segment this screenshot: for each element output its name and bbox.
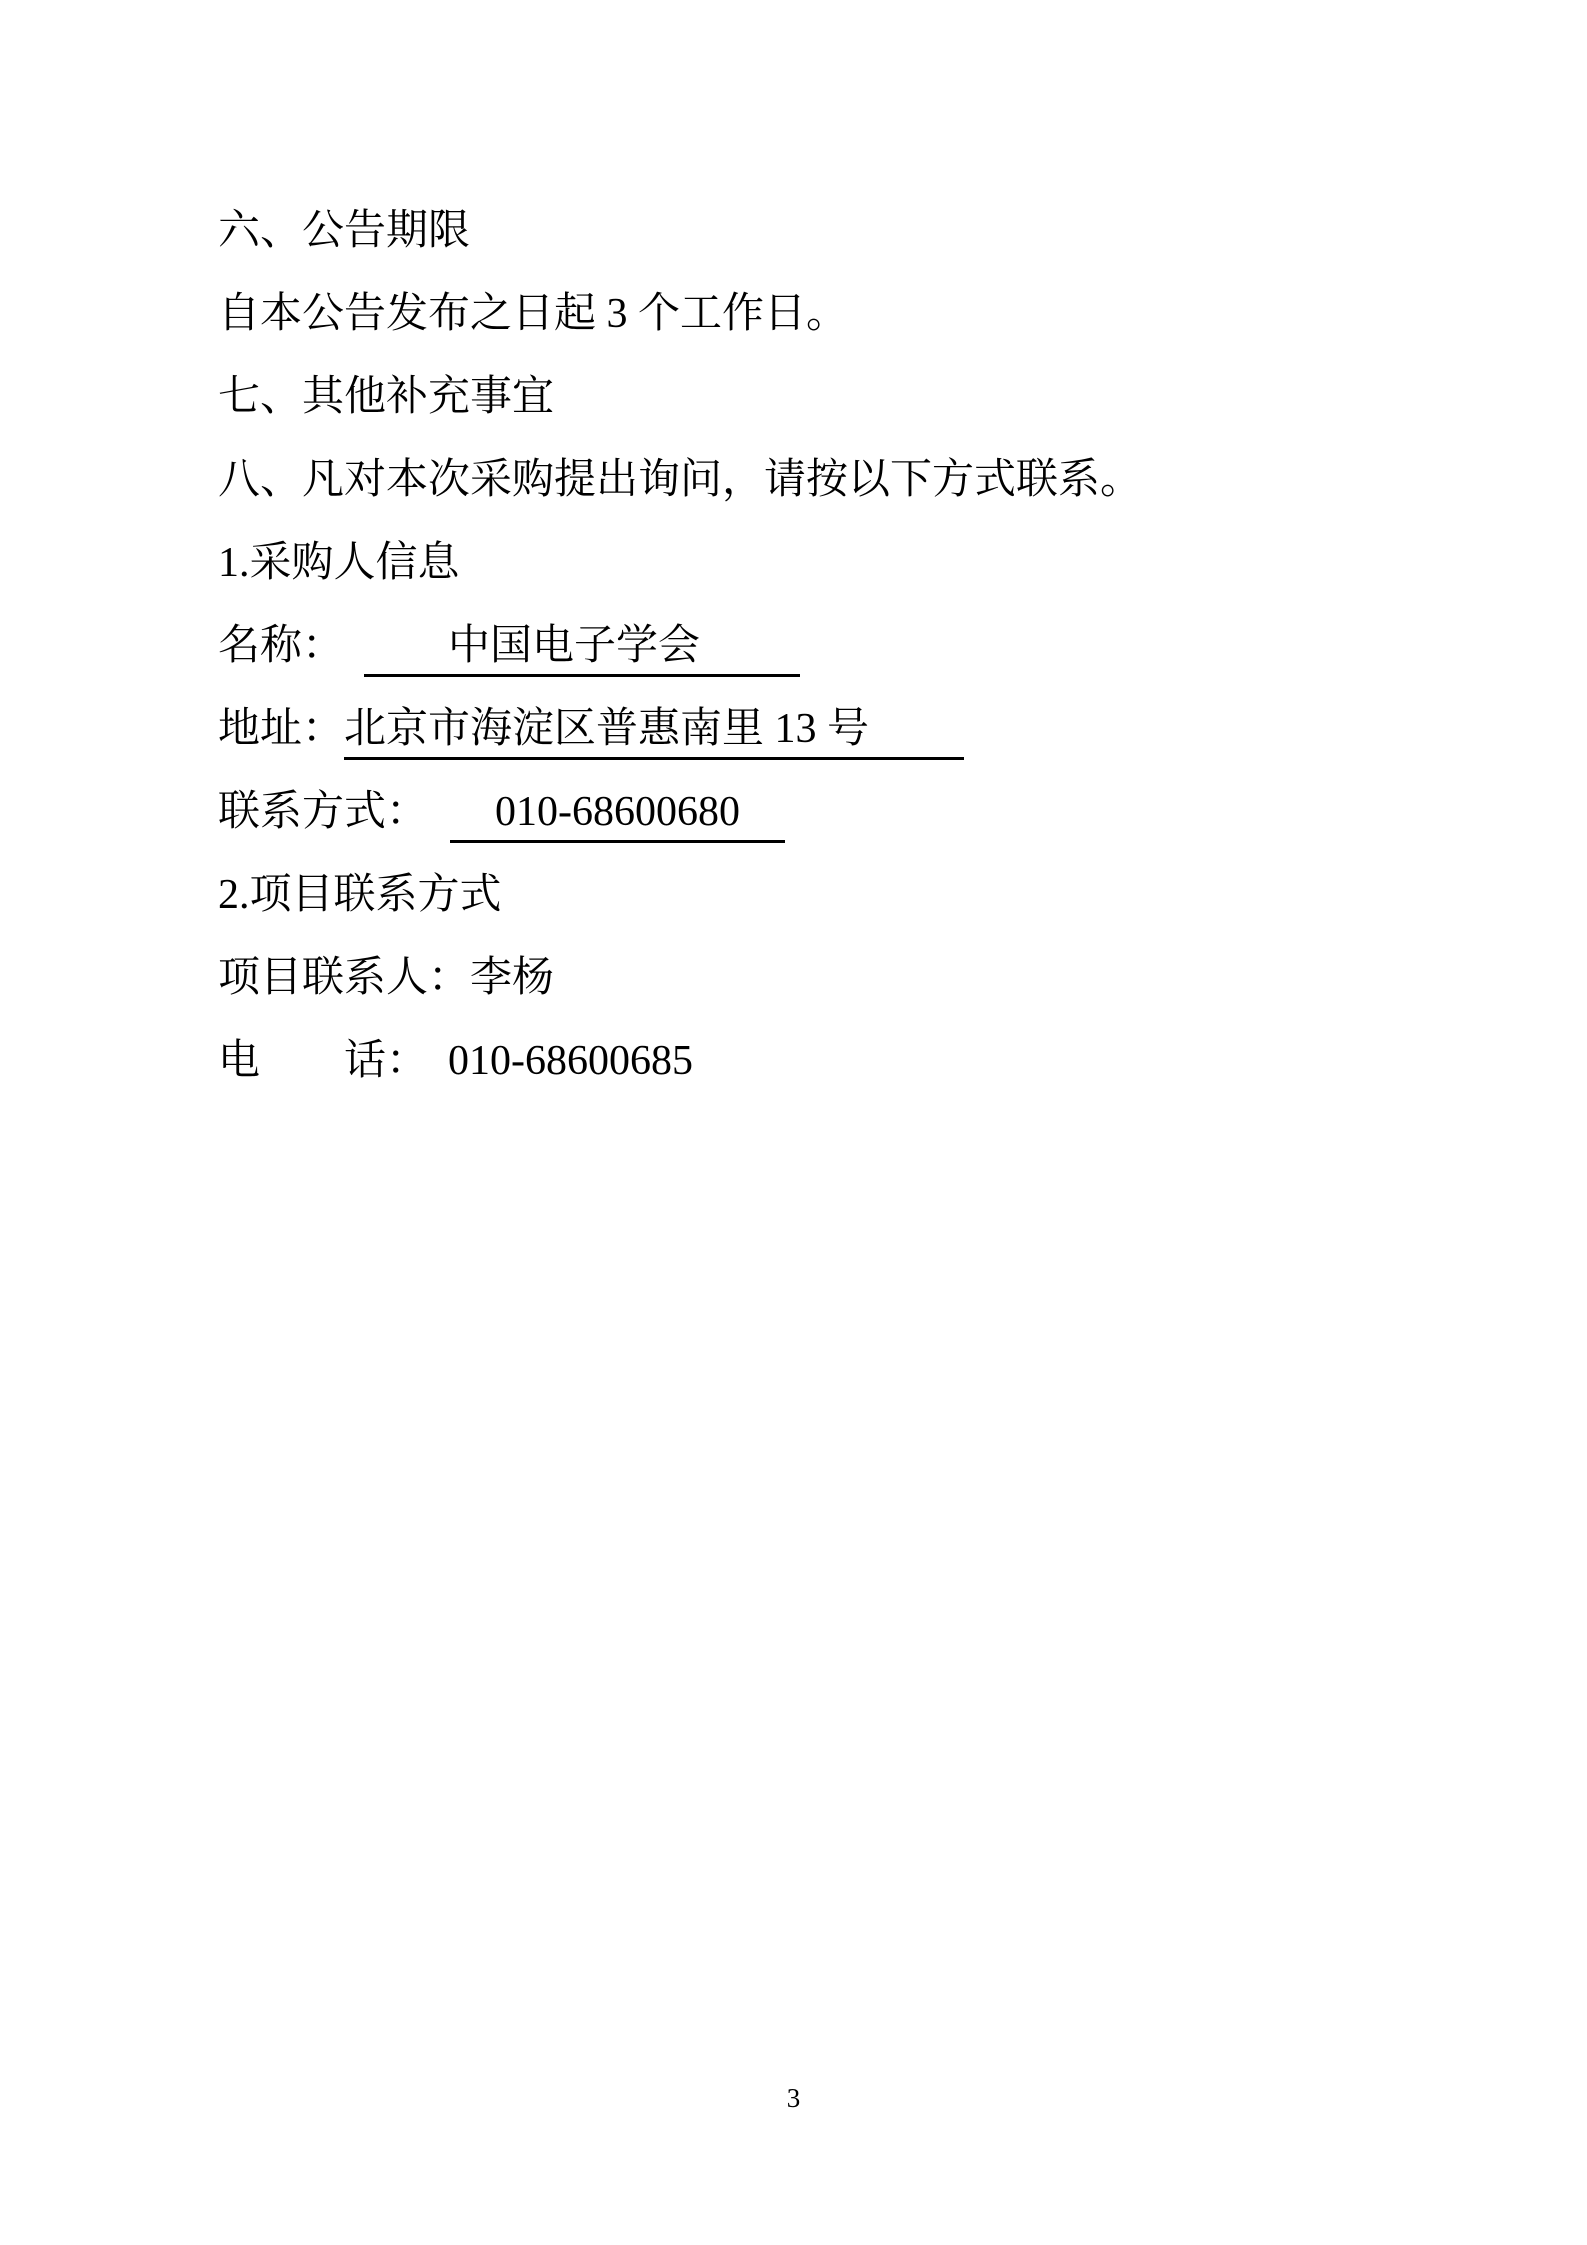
project-phone-row: 电 话：010-68600685 bbox=[218, 1040, 1437, 1083]
page-number: 3 bbox=[0, 2083, 1587, 2113]
purchaser-address-value: 北京市海淀区普惠南里 13 号 bbox=[344, 708, 964, 760]
project-person-row: 项目联系人：李杨 bbox=[218, 957, 1437, 1000]
purchaser-contact-row: 联系方式：010-68600680 bbox=[218, 791, 1437, 834]
project-phone-value: 010-68600685 bbox=[448, 1038, 693, 1084]
purchaser-name-row: 名称：中国电子学会 bbox=[218, 625, 1437, 668]
project-person-label: 项目联系人： bbox=[218, 955, 470, 1001]
project-person-value: 李杨 bbox=[470, 955, 554, 1001]
purchaser-info-title: 1.采购人信息 bbox=[218, 542, 1437, 585]
purchaser-name-label: 名称： bbox=[218, 623, 344, 669]
purchaser-address-label: 地址： bbox=[218, 706, 344, 752]
project-contact-title: 2.项目联系方式 bbox=[218, 874, 1437, 917]
purchaser-contact-value: 010-68600680 bbox=[450, 791, 785, 843]
purchaser-address-row: 地址：北京市海淀区普惠南里 13 号 bbox=[218, 708, 1437, 751]
section-seven-heading: 七、其他补充事宜 bbox=[218, 376, 1437, 419]
project-phone-label: 电 话： bbox=[218, 1038, 428, 1084]
purchaser-contact-label: 联系方式： bbox=[218, 789, 428, 835]
document-body: 六、公告期限 自本公告发布之日起 3 个工作日。 七、其他补充事宜 八、凡对本次… bbox=[218, 210, 1437, 1123]
section-eight-heading: 八、凡对本次采购提出询问，请按以下方式联系。 bbox=[218, 459, 1437, 502]
document-page: 六、公告期限 自本公告发布之日起 3 个工作日。 七、其他补充事宜 八、凡对本次… bbox=[0, 0, 1587, 2245]
section-six-body: 自本公告发布之日起 3 个工作日。 bbox=[218, 293, 1437, 336]
section-six-heading: 六、公告期限 bbox=[218, 210, 1437, 253]
purchaser-name-value: 中国电子学会 bbox=[364, 625, 800, 677]
